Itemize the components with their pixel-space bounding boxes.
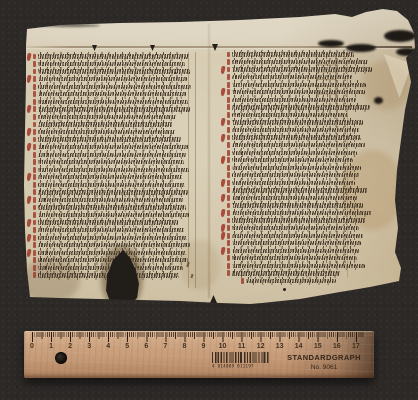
- rubric-initial: [227, 74, 230, 80]
- script-line-strokes: [232, 203, 363, 207]
- ruler-tick-strip: [32, 332, 364, 343]
- script-line-strokes: [232, 83, 366, 87]
- rubric-initial: [227, 180, 230, 186]
- rubric-initial: [227, 263, 230, 269]
- rubric-initial: [227, 187, 230, 193]
- crease-nick: [150, 45, 155, 51]
- rubric-initial: [33, 205, 36, 211]
- ruler-number: 17: [352, 343, 360, 350]
- ruler-number: 13: [276, 343, 284, 350]
- damage-blotch: [396, 48, 418, 56]
- ruler-number: 6: [144, 343, 148, 350]
- script-line-strokes: [232, 249, 359, 253]
- rubric-initial: [227, 157, 230, 163]
- script-line-strokes: [232, 135, 361, 139]
- script-line-strokes: [232, 264, 365, 268]
- script-line-strokes: [38, 190, 188, 194]
- rubric-initial: [33, 137, 36, 143]
- rubric-initial: [33, 265, 36, 271]
- ink-speck: [283, 288, 286, 291]
- rubric-initial: [33, 250, 36, 256]
- script-line-strokes: [232, 67, 372, 71]
- script-line-strokes: [38, 168, 189, 172]
- script-line-strokes: [38, 145, 188, 149]
- centimetre-ticks: [32, 332, 364, 342]
- rubric-initial: [227, 150, 230, 156]
- script-line-strokes: [232, 60, 368, 64]
- ruler-number: 5: [125, 343, 129, 350]
- rubric-initial: [33, 182, 36, 188]
- rubric-paragraph-mark: [26, 234, 31, 242]
- rubric-paragraph-mark: [26, 53, 31, 61]
- rubric-initial: [227, 89, 230, 95]
- ruler-number: 10: [219, 343, 227, 350]
- rubric-initial: [33, 174, 36, 180]
- manuscript-line: [227, 277, 379, 285]
- script-line-strokes: [38, 107, 190, 111]
- rubric-paragraph-mark: [220, 209, 225, 217]
- rubric-initial: [227, 240, 230, 246]
- rubric-initial: [227, 104, 230, 110]
- script-line-strokes: [38, 85, 191, 89]
- rubric-initial: [33, 227, 36, 233]
- rubric-initial: [227, 233, 230, 239]
- edge-nick: [210, 295, 217, 303]
- rubric-paragraph-mark: [26, 249, 31, 257]
- script-line-strokes: [232, 151, 357, 155]
- script-line-strokes: [38, 137, 181, 141]
- script-line-strokes: [38, 100, 188, 104]
- rubric-initial: [33, 197, 36, 203]
- script-line-strokes: [232, 75, 352, 79]
- script-line-strokes: [232, 166, 361, 170]
- rubric-initial: [33, 242, 36, 248]
- rubric-initial: [227, 59, 230, 65]
- rubric-paragraph-mark: [26, 219, 31, 227]
- script-line-strokes: [38, 160, 184, 164]
- script-line-strokes: [38, 153, 186, 157]
- rubric-paragraph-mark: [220, 232, 225, 240]
- rubric-initial: [33, 167, 36, 173]
- script-line-strokes: [232, 181, 355, 185]
- script-line-strokes: [38, 77, 187, 81]
- barcode: 4 014009 011197: [212, 352, 270, 370]
- barcode-bars: [212, 352, 270, 363]
- rubric-initial: [33, 106, 36, 112]
- script-line-strokes: [232, 52, 354, 56]
- script-line-strokes: [38, 220, 178, 224]
- rubric-initial: [227, 142, 230, 148]
- script-line-strokes: [232, 241, 361, 245]
- brand-model: No. 9061: [276, 364, 372, 371]
- rubric-initial: [241, 278, 244, 284]
- script-line-strokes: [232, 143, 365, 147]
- rubric-initial: [33, 76, 36, 82]
- rubric-initial: [227, 97, 230, 103]
- rubric-initial: [33, 212, 36, 218]
- rubric-initial: [227, 112, 230, 118]
- ruler-hanging-hole: [55, 352, 67, 364]
- rubric-initial: [227, 135, 230, 141]
- script-line-strokes: [38, 69, 190, 73]
- crease-nick: [92, 45, 97, 51]
- script-line-strokes: [38, 115, 176, 119]
- photo-backdrop: 01234567891011121314151617 4 014009 0111…: [0, 0, 418, 400]
- script-line-strokes: [38, 198, 183, 202]
- rubric-paragraph-mark: [26, 75, 31, 83]
- script-line-strokes: [232, 158, 353, 162]
- rubric-initial: [33, 152, 36, 158]
- rubric-paragraph-mark: [220, 88, 225, 96]
- ruler-number: 12: [257, 343, 265, 350]
- rubric-paragraph-mark: [220, 247, 225, 255]
- ruler-number: 15: [314, 343, 322, 350]
- rubric-initial: [33, 272, 36, 278]
- script-line-strokes: [38, 175, 182, 179]
- script-line-strokes: [232, 173, 359, 177]
- script-line-strokes: [232, 211, 371, 215]
- rubric-initial: [33, 84, 36, 90]
- rubric-initial: [227, 248, 230, 254]
- ruler-number: 3: [87, 343, 91, 350]
- rubric-paragraph-mark: [26, 143, 31, 151]
- rubric-initial: [33, 257, 36, 263]
- rubric-paragraph-mark: [220, 224, 225, 232]
- rubric-initial: [227, 82, 230, 88]
- script-line-strokes: [38, 130, 175, 134]
- rubric-initial: [227, 225, 230, 231]
- script-line-strokes: [38, 62, 185, 66]
- rubric-initial: [33, 61, 36, 67]
- ruler-number: 7: [163, 343, 167, 350]
- script-line-strokes: [232, 226, 359, 230]
- script-line-strokes: [232, 98, 356, 102]
- ruler-number: 0: [30, 343, 34, 350]
- rubric-initial: [227, 203, 230, 209]
- rubric-paragraph-mark: [26, 173, 31, 181]
- ruler-number: 16: [333, 343, 341, 350]
- script-line-strokes: [38, 228, 184, 232]
- ruler-number: 1: [49, 343, 53, 350]
- rubric-initial: [33, 220, 36, 226]
- script-line-strokes: [38, 205, 186, 209]
- script-line-strokes: [38, 54, 189, 58]
- rubric-initial: [33, 99, 36, 105]
- script-line-strokes: [38, 92, 186, 96]
- rubric-initial: [227, 255, 230, 261]
- rubric-paragraph-mark: [26, 105, 31, 113]
- rubric-initial: [227, 270, 230, 276]
- brand-block: STANDARDGRAPH No. 9061: [276, 353, 372, 371]
- rubric-initial: [33, 69, 36, 75]
- rubric-paragraph-mark: [220, 134, 225, 142]
- rubric-initial: [33, 144, 36, 150]
- script-line-strokes: [232, 90, 365, 94]
- ruler: 01234567891011121314151617 4 014009 0111…: [24, 331, 374, 378]
- rubric-initial: [33, 235, 36, 241]
- script-line-strokes: [246, 279, 336, 283]
- rubric-initial: [227, 172, 230, 178]
- rubric-paragraph-mark: [220, 66, 225, 74]
- ruler-number: 2: [68, 343, 72, 350]
- rubric-initial: [227, 120, 230, 126]
- rubric-initial: [33, 114, 36, 120]
- script-line-strokes: [38, 236, 187, 240]
- rubric-paragraph-mark: [26, 196, 31, 204]
- script-line-strokes: [232, 105, 370, 109]
- script-line-strokes: [232, 188, 367, 192]
- rubric-paragraph-mark: [26, 128, 31, 136]
- rubric-paragraph-mark: [220, 179, 225, 187]
- ruler-number: 4: [106, 343, 110, 350]
- rubric-paragraph-mark: [220, 156, 225, 164]
- rubric-initial: [227, 67, 230, 73]
- rubric-initial: [227, 165, 230, 171]
- script-line-strokes: [232, 128, 359, 132]
- script-line-strokes: [232, 271, 340, 275]
- ruler-number: 8: [182, 343, 186, 350]
- script-line-strokes: [232, 113, 348, 117]
- rubric-initial: [33, 189, 36, 195]
- rubric-initial: [33, 91, 36, 97]
- damage-blotch: [40, 24, 100, 27]
- script-line-strokes: [232, 234, 363, 238]
- ruler-number: 9: [201, 343, 205, 350]
- rubric-paragraph-mark: [220, 118, 225, 126]
- script-line-strokes: [38, 183, 185, 187]
- ruler-number: 14: [295, 343, 303, 350]
- script-line-strokes: [232, 120, 363, 124]
- damage-blotch: [318, 40, 344, 47]
- script-line-strokes: [38, 213, 189, 217]
- rubric-initial: [227, 52, 230, 58]
- rubric-initial: [227, 195, 230, 201]
- text-column-right: [227, 51, 379, 285]
- rubric-initial: [227, 127, 230, 133]
- script-line-strokes: [232, 196, 357, 200]
- brand-name: STANDARDGRAPH: [276, 353, 372, 362]
- script-line-strokes: [232, 218, 365, 222]
- rubric-paragraph-mark: [220, 194, 225, 202]
- barcode-digits: 4 014009 011197: [212, 364, 251, 369]
- ruler-number: 11: [238, 343, 245, 350]
- rubric-initial: [33, 129, 36, 135]
- text-column-left: [33, 53, 195, 279]
- rubric-initial: [33, 159, 36, 165]
- script-line-strokes: [38, 122, 172, 126]
- rubric-initial: [33, 122, 36, 128]
- rubric-initial: [33, 54, 36, 60]
- rubric-initial: [227, 218, 230, 224]
- damage-blotch: [384, 30, 416, 42]
- rubric-initial: [227, 210, 230, 216]
- script-line-strokes: [232, 256, 357, 260]
